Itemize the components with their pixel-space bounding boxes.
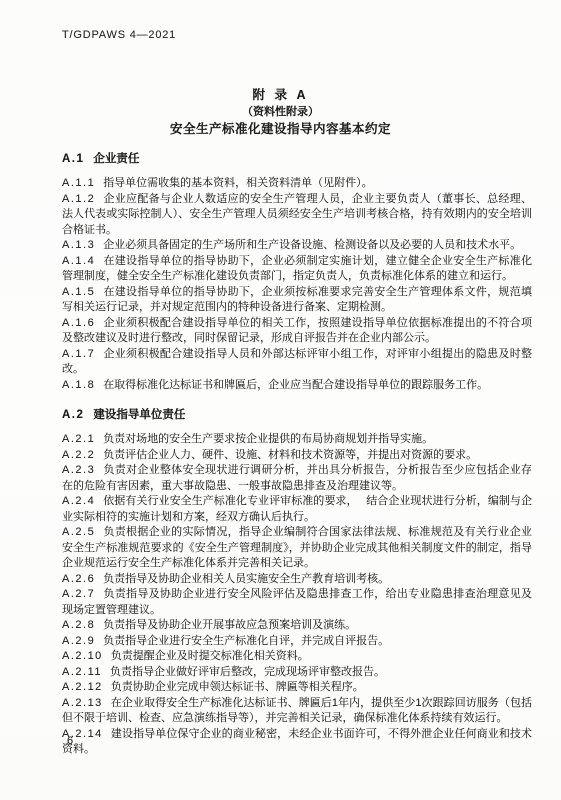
clause-number: A.2.3 <box>62 464 95 476</box>
clause-number: A.1.2 <box>62 193 95 205</box>
section-heading: A.2建设指导单位责任 <box>62 408 532 423</box>
clause-text: 负责指导企业做好评审后整改，完成现场评审整改报告。 <box>110 666 385 678</box>
clause: A.1.7企业须积极配合建设指导人员和外部达标评审小组工作，对评审小组提出的隐患… <box>62 347 532 378</box>
clause: A.2.6负责指导及协助企业相关人员实施安全生产教育培训考核。 <box>62 572 532 588</box>
clause: A.2.11负责指导企业做好评审后整改，完成现场评审整改报告。 <box>62 665 532 681</box>
clause: A.2.1负责对场地的安全生产要求按企业提供的布局协商规划并指导实施。 <box>62 432 532 448</box>
appendix-subtitle: （资料性附录） <box>0 105 561 119</box>
clause: A.2.8负责指导及协助企业开展事故应急预案培训及演练。 <box>62 618 532 634</box>
clause: A.2.14建设指导单位保守企业的商业秘密，未经企业书面许可，不得外泄企业任何商… <box>62 727 532 758</box>
clause-text: 负责提醒企业及时提交标准化相关资料。 <box>111 650 309 662</box>
clause-number: A.2.4 <box>62 495 95 507</box>
section-title: 企业责任 <box>93 153 139 165</box>
clause: A.2.5负责根据企业的实际情况，指导企业编制符合国家法律法规、标准规范及有关行… <box>62 525 532 572</box>
section-heading: A.1企业责任 <box>62 152 532 167</box>
clause-number: A.2.2 <box>62 449 95 461</box>
clause-number: A.1.6 <box>62 317 95 329</box>
clause-number: A.2.1 <box>62 433 95 445</box>
appendix-title: 附 录 A <box>0 88 561 103</box>
clause: A.1.2企业应配备与企业人数适应的安全生产管理人员，企业主要负责人（董事长、总… <box>62 192 532 239</box>
clause-number: A.2.10 <box>62 650 103 662</box>
page-number: 6 <box>67 735 73 747</box>
clause: A.2.3负责对企业整体安全现状进行调研分析，并出具分析报告，分析报告至少应包括… <box>62 463 532 494</box>
clause-text: 负责协助企业完成申领达标证书、牌匾等相关程序。 <box>111 681 364 693</box>
clause: A.2.9负责指导企业进行安全生产标准化自评，并完成自评报告。 <box>62 634 532 650</box>
clause-number: A.1.4 <box>62 255 95 267</box>
clause-number: A.2.8 <box>62 619 95 631</box>
clause-number: A.1.7 <box>62 348 95 360</box>
clause-number: A.2.13 <box>62 697 103 709</box>
section-number: A.2 <box>62 409 84 421</box>
clause: A.2.2负责评估企业人力、硬件、设施、材料和技术资源等，并提出对资源的要求。 <box>62 448 532 464</box>
standard-number-header: T/GDPAWS 4—2021 <box>62 29 176 41</box>
section-number: A.1 <box>62 153 84 165</box>
clause-number: A.1.3 <box>62 239 95 251</box>
clause: A.2.13在企业取得安全生产标准化达标证书、牌匾后1年内，提供至少1次跟踪回访… <box>62 696 532 727</box>
clause-text: 企业须积极配合建设指导单位的相关工作，按照建设指导单位依据标准提出的不符合项及整… <box>62 317 532 345</box>
clause: A.1.3企业必须具备固定的生产场所和生产设备设施、检测设备以及必要的人员和技术… <box>62 238 532 254</box>
clause-text: 负责指导及协助企业相关人员实施安全生产教育培训考核。 <box>103 573 389 585</box>
clause-number: A.2.7 <box>62 588 95 600</box>
clause-text: 在建设指导单位的指导协助下，企业必须制定实施计划，建立健全企业安全生产标准化管理… <box>62 255 532 283</box>
clause-text: 负责指导及协助企业进行安全风险评估及隐患排查工作，给出专业隐患排查治理意见及现场… <box>62 588 532 616</box>
clause-text: 建设指导单位保守企业的商业秘密，未经企业书面许可，不得外泄企业任何商业和技术资料… <box>62 728 532 756</box>
clause: A.1.8在取得标准化达标证书和牌匾后，企业应当配合建设指导单位的跟踪服务工作。 <box>62 378 532 394</box>
section: A.1企业责任 A.1.1指导单位需收集的基本资料，相关资料清单（见附件）。 A… <box>62 152 532 393</box>
clause: A.2.7负责指导及协助企业进行安全风险评估及隐患排查工作，给出专业隐患排查治理… <box>62 587 532 618</box>
clause-text: 在企业取得安全生产标准化达标证书、牌匾后1年内，提供至少1次跟踪回访服务（包括但… <box>62 697 532 725</box>
clause-number: A.2.11 <box>62 666 102 678</box>
document-page: T/GDPAWS 4—2021 附 录 A （资料性附录） 安全生产标准化建设指… <box>0 0 561 800</box>
clause-number: A.1.8 <box>62 379 95 391</box>
clause-number: A.1.5 <box>62 286 95 298</box>
clause-text: 企业应配备与企业人数适应的安全生产管理人员，企业主要负责人（董事长、总经理、法人… <box>62 193 532 236</box>
clause-text: 依据有关行业安全生产标准化专业评审标准的要求， 结合企业现状进行分析，编制与企业… <box>62 495 532 523</box>
clause-text: 负责对场地的安全生产要求按企业提供的布局协商规划并指导实施。 <box>103 433 433 445</box>
clause-text: 负责对企业整体安全现状进行调研分析，并出具分析报告，分析报告至少应包括企业存在的… <box>62 464 532 492</box>
clause-text: 负责指导企业进行安全生产标准化自评，并完成自评报告。 <box>103 635 389 647</box>
clause: A.2.4依据有关行业安全生产标准化专业评审标准的要求， 结合企业现状进行分析，… <box>62 494 532 525</box>
clause-text: 负责根据企业的实际情况，指导企业编制符合国家法律法规、标准规范及有关行业企业安全… <box>62 526 532 569</box>
clause-text: 负责指导及协助企业开展事故应急预案培训及演练。 <box>103 619 356 631</box>
clause: A.2.12负责协助企业完成申领达标证书、牌匾等相关程序。 <box>62 680 532 696</box>
clause: A.1.4在建设指导单位的指导协助下，企业必须制定实施计划，建立健全企业安全生产… <box>62 254 532 285</box>
clause-text: 指导单位需收集的基本资料，相关资料清单（见附件）。 <box>103 177 373 189</box>
clause: A.1.5在建设指导单位的指导协助下，企业须按标准要求完善安全生产管理体系文件，… <box>62 285 532 316</box>
section-title: 建设指导单位责任 <box>93 409 185 421</box>
clause-text: 负责评估企业人力、硬件、设施、材料和技术资源等，并提出对资源的要求。 <box>103 449 477 461</box>
clause-text: 企业须积极配合建设指导人员和外部达标评审小组工作，对评审小组提出的隐患及时整改。 <box>62 348 532 376</box>
clause-number: A.1.1 <box>62 177 95 189</box>
appendix-heading: 安全生产标准化建设指导内容基本约定 <box>0 121 561 137</box>
clause-text: 在取得标准化达标证书和牌匾后，企业应当配合建设指导单位的跟踪服务工作。 <box>103 379 488 391</box>
section-clauses: A.2.1负责对场地的安全生产要求按企业提供的布局协商规划并指导实施。 A.2.… <box>62 432 532 758</box>
section: A.2建设指导单位责任 A.2.1负责对场地的安全生产要求按企业提供的布局协商规… <box>62 408 532 758</box>
document-body: A.1企业责任 A.1.1指导单位需收集的基本资料，相关资料清单（见附件）。 A… <box>62 152 532 758</box>
appendix-title-block: 附 录 A （资料性附录） 安全生产标准化建设指导内容基本约定 <box>0 88 561 137</box>
clause: A.1.6企业须积极配合建设指导单位的相关工作，按照建设指导单位依据标准提出的不… <box>62 316 532 347</box>
clause-number: A.2.12 <box>62 681 103 693</box>
clause: A.2.10负责提醒企业及时提交标准化相关资料。 <box>62 649 532 665</box>
clause-number: A.2.9 <box>62 635 95 647</box>
clause: A.1.1指导单位需收集的基本资料，相关资料清单（见附件）。 <box>62 176 532 192</box>
clause-text: 企业必须具备固定的生产场所和生产设备设施、检测设备以及必要的人员和技术水平。 <box>103 239 521 251</box>
section-clauses: A.1.1指导单位需收集的基本资料，相关资料清单（见附件）。 A.1.2企业应配… <box>62 176 532 393</box>
clause-number: A.2.5 <box>62 526 95 538</box>
clause-text: 在建设指导单位的指导协助下，企业须按标准要求完善安全生产管理体系文件，规范填写相… <box>62 286 532 314</box>
clause-number: A.2.6 <box>62 573 95 585</box>
